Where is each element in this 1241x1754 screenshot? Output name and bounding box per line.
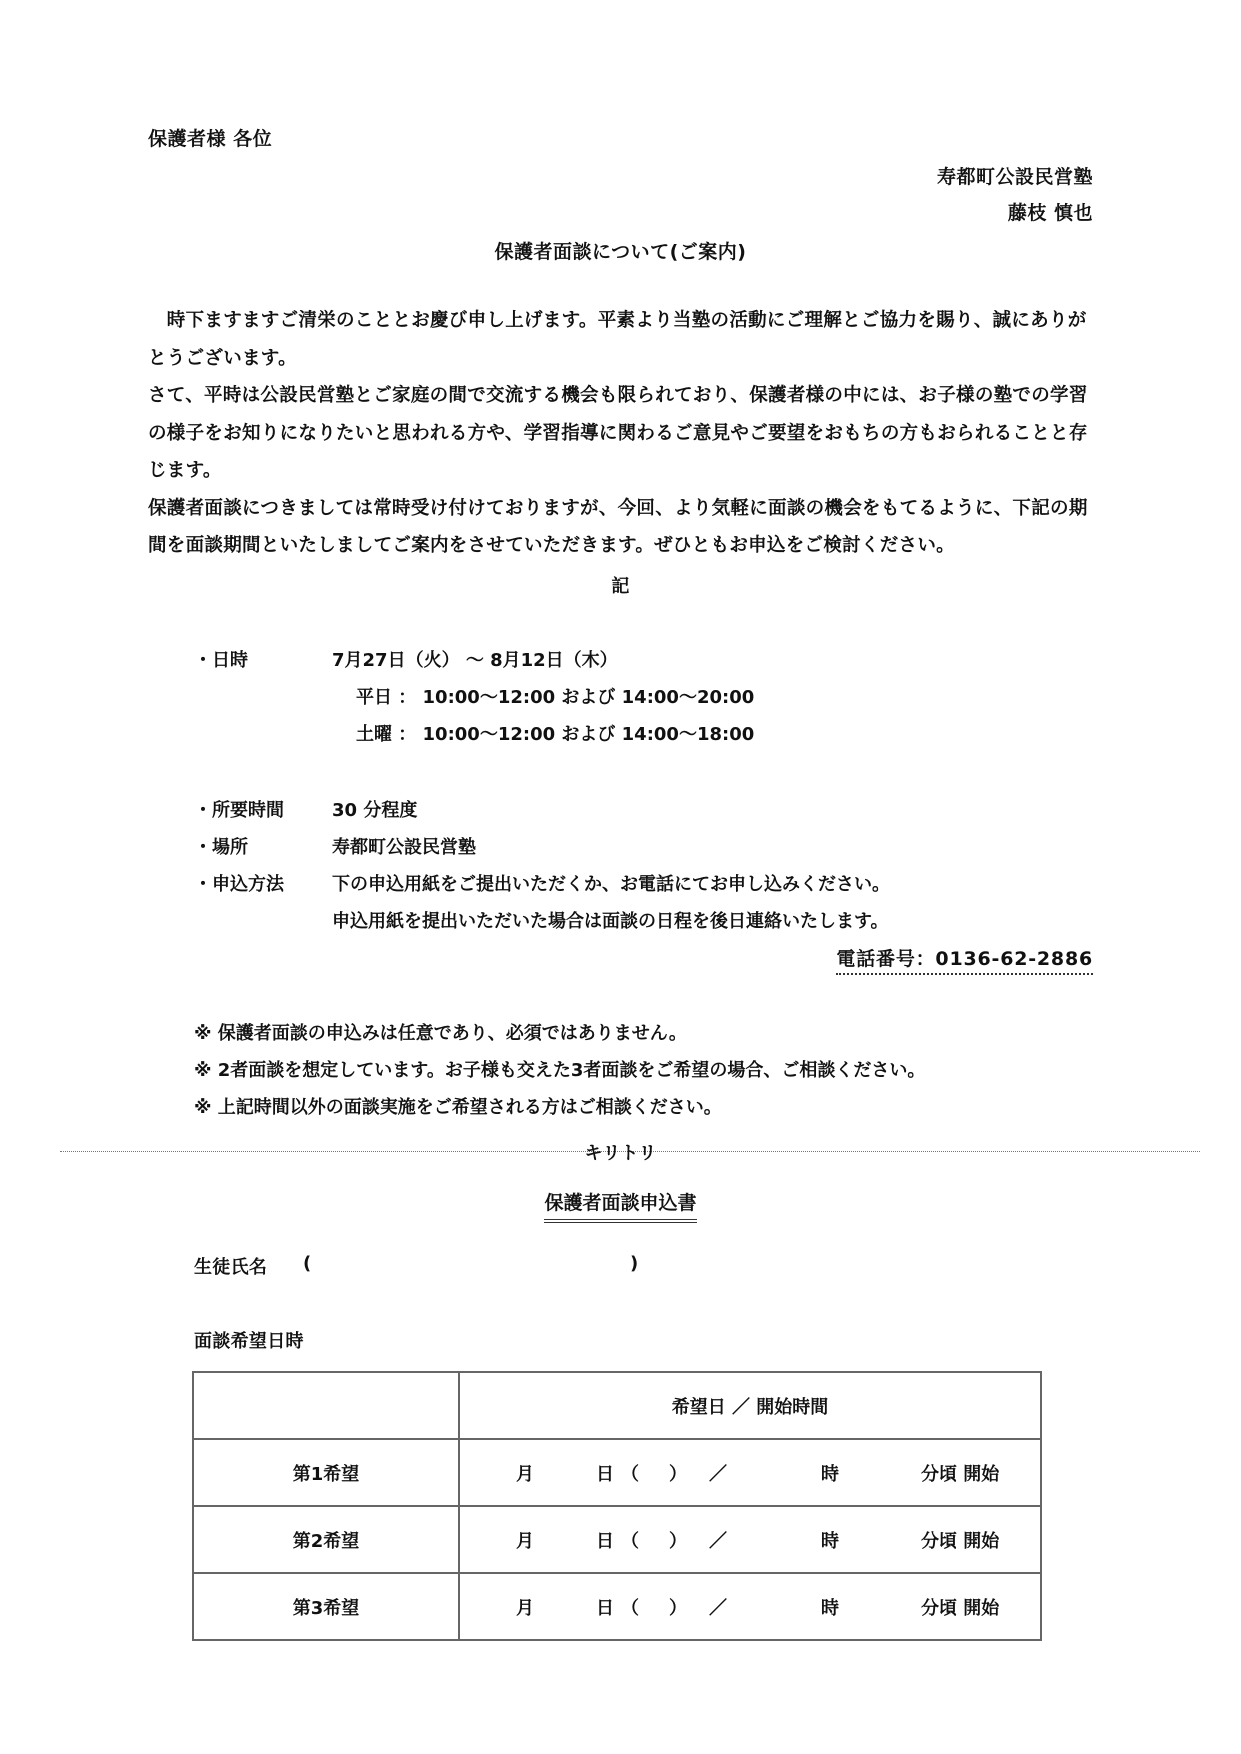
- student-name-field[interactable]: [325, 1248, 625, 1278]
- weekday-paren-open: （: [621, 1594, 639, 1620]
- day-unit: 日: [596, 1594, 614, 1620]
- datetime-saturday: 土曜 ： 10:00～12:00 および 14:00～18:00: [356, 720, 754, 746]
- slash-separator: ／: [709, 1594, 727, 1620]
- month-unit: 月: [516, 1460, 534, 1486]
- day-unit: 日: [596, 1460, 614, 1486]
- apply-method-line2: 申込用紙を提出いただいた場合は面談の日程を後日連絡いたします。: [332, 907, 889, 933]
- weekday-paren-close: ）: [669, 1594, 687, 1620]
- cut-label-text: キリトリ: [585, 1143, 657, 1164]
- weekday-paren-open: （: [621, 1460, 639, 1486]
- minute-start-unit: 分頃 開始: [921, 1527, 999, 1553]
- preference-label: 第3希望: [193, 1573, 459, 1640]
- note-other-times: ※ 上記時間以外の面談実施をご希望される方はご相談ください。: [194, 1093, 722, 1119]
- apply-method-label: ・申込方法: [194, 870, 284, 896]
- body-paragraph-invitation: 保護者面談につきましては常時受け付けておりますが、今回、より気軽に面談の機会をも…: [148, 490, 1093, 565]
- body-text: 時下ますますご清栄のこととお慶び申し上げます。平素より当塾の活動にご理解とご協力…: [148, 302, 1093, 565]
- apply-method-line1: 下の申込用紙をご提出いただくか、お電話にてお申し込みください。: [332, 870, 890, 896]
- preference-slot[interactable]: 月 日 （ ） ／ 時 分頃 開始: [459, 1506, 1041, 1573]
- ki-heading: 記: [0, 572, 1241, 598]
- addressee: 保護者様 各位: [148, 124, 272, 151]
- student-name-open-paren: (: [303, 1253, 312, 1274]
- schedule-label: 面談希望日時: [194, 1327, 304, 1353]
- preference-label: 第1希望: [193, 1439, 459, 1506]
- hour-unit: 時: [821, 1527, 839, 1553]
- hour-unit: 時: [821, 1594, 839, 1620]
- weekday-paren-close: ）: [669, 1527, 687, 1553]
- form-title: 保護者面談申込書: [0, 1188, 1241, 1223]
- table-header-row: 希望日 ／ 開始時間: [193, 1372, 1041, 1439]
- slash-separator: ／: [709, 1460, 727, 1486]
- month-unit: 月: [516, 1527, 534, 1553]
- document-title: 保護者面談について(ご案内): [0, 237, 1241, 264]
- duration-label: ・所要時間: [194, 796, 284, 822]
- body-paragraph-context: さて、平時は公設民営塾とご家庭の間で交流する機会も限られており、保護者様の中には…: [148, 377, 1093, 490]
- table-row: 第2希望 月 日 （ ） ／ 時 分頃 開始: [193, 1506, 1041, 1573]
- body-paragraph-greeting: 時下ますますご清栄のこととお慶び申し上げます。平素より当塾の活動にご理解とご協力…: [148, 302, 1093, 377]
- preference-slot[interactable]: 月 日 （ ） ／ 時 分頃 開始: [459, 1439, 1041, 1506]
- place-value: 寿都町公設民営塾: [332, 833, 476, 859]
- header-preferred-datetime: 希望日 ／ 開始時間: [459, 1372, 1041, 1439]
- phone-number: 電話番号：0136-62-2886: [836, 944, 1093, 975]
- organization-name: 寿都町公設民営塾: [937, 162, 1093, 189]
- sender-name: 藤枝 慎也: [1008, 198, 1093, 225]
- place-label: ・場所: [194, 833, 248, 859]
- preference-label: 第2希望: [193, 1506, 459, 1573]
- table-row: 第3希望 月 日 （ ） ／ 時 分頃 開始: [193, 1573, 1041, 1640]
- weekday-paren-close: ）: [669, 1460, 687, 1486]
- table-row: 第1希望 月 日 （ ） ／ 時 分頃 開始: [193, 1439, 1041, 1506]
- datetime-label: ・日時: [194, 646, 248, 672]
- minute-start-unit: 分頃 開始: [921, 1460, 999, 1486]
- note-two-party: ※ 2者面談を想定しています。お子様も交えた3者面談をご希望の場合、ご相談くださ…: [194, 1056, 925, 1082]
- day-unit: 日: [596, 1527, 614, 1553]
- duration-value: 30 分程度: [332, 796, 417, 822]
- slash-separator: ／: [709, 1527, 727, 1553]
- datetime-weekday: 平日 ： 10:00～12:00 および 14:00～20:00: [356, 683, 754, 709]
- note-optional: ※ 保護者面談の申込みは任意であり、必須ではありません。: [194, 1019, 687, 1045]
- datetime-range: 7月27日（火） ～ 8月12日（木）: [332, 646, 618, 672]
- student-name-close-paren: ): [630, 1253, 639, 1274]
- preference-slot[interactable]: 月 日 （ ） ／ 時 分頃 開始: [459, 1573, 1041, 1640]
- schedule-table: 希望日 ／ 開始時間 第1希望 月 日 （ ） ／ 時 分頃 開始 第2希望 月…: [192, 1371, 1042, 1641]
- cut-label: キリトリ: [0, 1139, 1241, 1165]
- form-title-text: 保護者面談申込書: [544, 1188, 696, 1223]
- header-empty-cell: [193, 1372, 459, 1439]
- hour-unit: 時: [821, 1460, 839, 1486]
- student-name-label: 生徒氏名: [194, 1253, 267, 1279]
- month-unit: 月: [516, 1594, 534, 1620]
- weekday-paren-open: （: [621, 1527, 639, 1553]
- minute-start-unit: 分頃 開始: [921, 1594, 999, 1620]
